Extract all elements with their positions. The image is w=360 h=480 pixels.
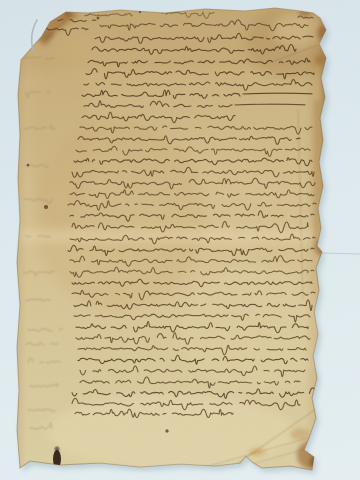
backing-seam-line: [320, 253, 360, 254]
manuscript-photo: [0, 0, 360, 480]
manuscript-scene: [0, 0, 360, 480]
speck: [27, 164, 30, 167]
speck: [97, 17, 100, 20]
speck: [165, 429, 168, 432]
speck: [44, 205, 48, 209]
ink-blot-tail: [55, 447, 60, 452]
paper-surface: [14, 4, 338, 474]
